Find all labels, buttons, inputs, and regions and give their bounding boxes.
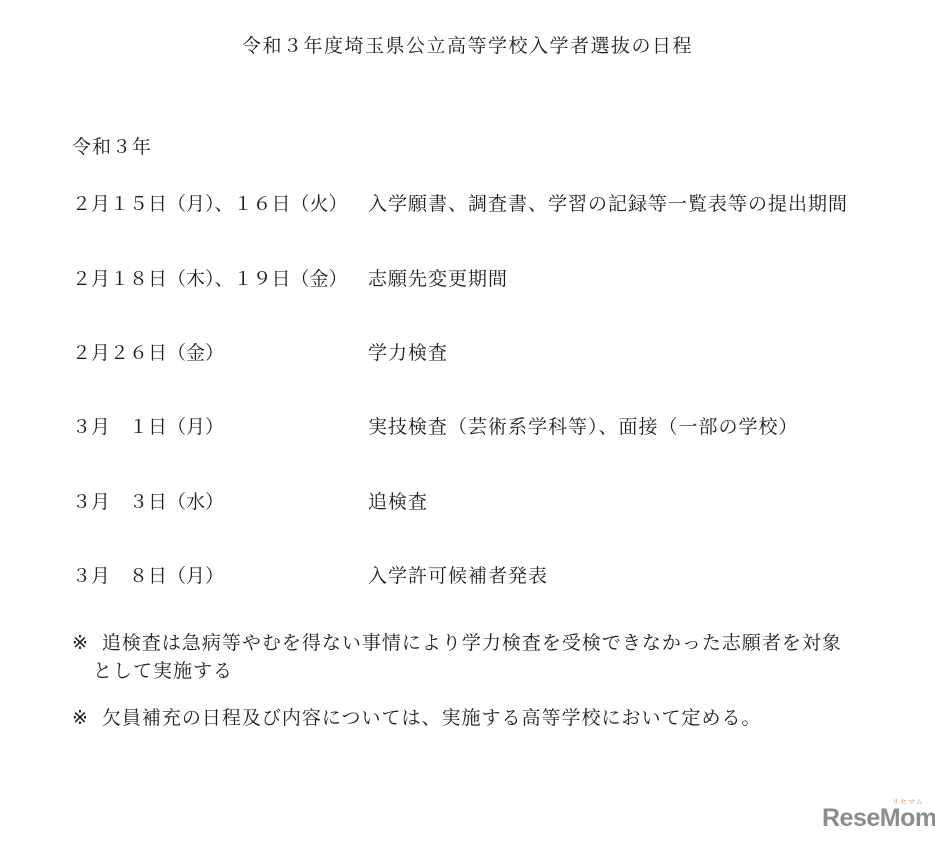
schedule-event: 入学許可候補者発表 [368, 561, 548, 588]
footnote-marker: ※ [72, 708, 89, 729]
footnote-marker: ※ [72, 633, 89, 654]
schedule-row: ３月 １日（月） 実技検査（芸術系学科等）、面接（一部の学校） [72, 412, 915, 438]
schedule-event: 志願先変更期間 [368, 264, 508, 291]
schedule-row: ３月 ８日（月） 入学許可候補者発表 [72, 561, 915, 587]
schedule-date: ３月 １日（月） [72, 412, 224, 439]
schedule-row: ２月１８日（木）、１９日（金） 志願先変更期間 [72, 264, 915, 290]
document-page: 令和３年度埼玉県公立高等学校入学者選抜の日程 令和３年 ２月１５日（月）、１６日… [0, 0, 935, 846]
footnote-text: 追検査は急病等やむを得ない事情により学力検査を受検できなかった志願者を対象として… [93, 633, 842, 682]
schedule-event: 実技検査（芸術系学科等）、面接（一部の学校） [368, 412, 799, 439]
footnote-text: 欠員補充の日程及び内容については、実施する高等学校において定める。 [102, 708, 762, 729]
footnote: ※追検査は急病等やむを得ない事情により学力検査を受検できなかった志願者を対象とし… [72, 630, 853, 686]
schedule-event: 追検査 [368, 487, 428, 514]
schedule-date: ２月２６日（金） [72, 338, 224, 365]
schedule-row: ２月２６日（金） 学力検査 [72, 338, 915, 364]
schedule-date: ３月 ８日（月） [72, 561, 224, 588]
schedule-row: ２月１５日（月）、１６日（火） 入学願書、調査書、学習の記録等一覧表等の提出期間 [72, 189, 915, 215]
document-title: 令和３年度埼玉県公立高等学校入学者選抜の日程 [0, 31, 935, 58]
schedule-row: ３月 ３日（水） 追検査 [72, 487, 915, 513]
footnote: ※欠員補充の日程及び内容については、実施する高等学校において定める。 [72, 705, 853, 733]
schedule-date: ３月 ３日（水） [72, 487, 224, 514]
schedule-event: 学力検査 [368, 338, 448, 365]
resemom-logo-text: ReseMom. [822, 804, 935, 833]
schedule-date: ２月１８日（木）、１９日（金） [72, 264, 348, 291]
schedule-event: 入学願書、調査書、学習の記録等一覧表等の提出期間 [368, 189, 848, 216]
schedule-date: ２月１５日（月）、１６日（火） [72, 189, 348, 216]
year-heading: 令和３年 [72, 132, 152, 159]
resemom-logo: リセマム ReseMom. [820, 796, 935, 844]
